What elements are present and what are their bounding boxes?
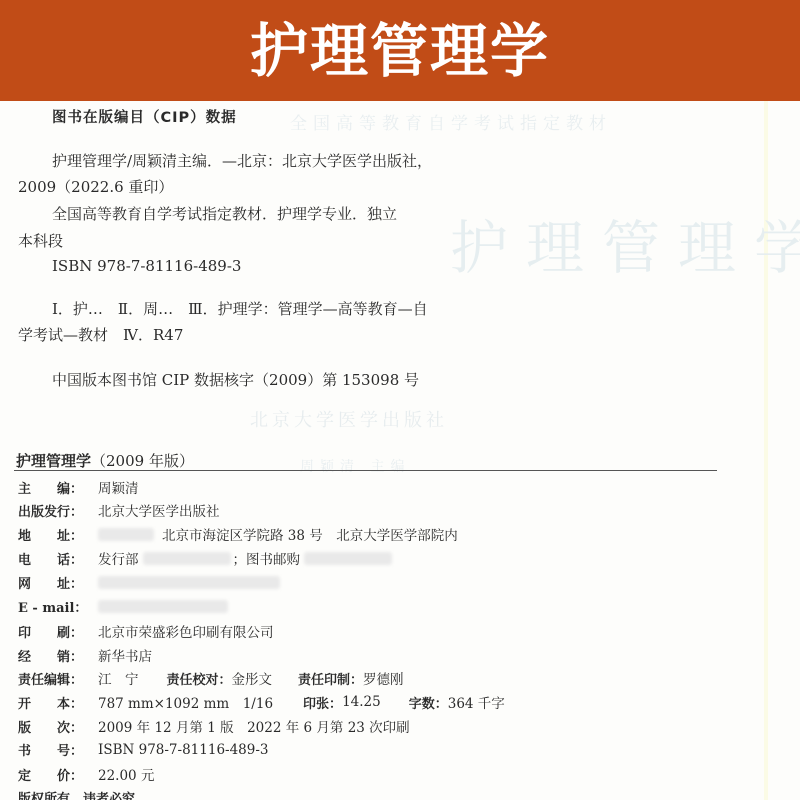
label-word-count: 字数：	[409, 693, 448, 712]
label-phone: 电 话：	[18, 549, 98, 568]
copyright-page: 全国高等教育自学考试指定教材 护理管理学 北京大学医学出版社 周颖清 主编 图书…	[0, 101, 800, 800]
cip-line: 全国高等教育自学考试指定教材．护理学专业．独立	[52, 203, 397, 224]
row-publisher: 出版发行： 北京大学医学出版社	[18, 500, 220, 520]
row-format: 开 本： 787 mm×1092 mm 1/16 印张： 14.25 字数： 3…	[18, 692, 505, 712]
value-distributor: 新华书店	[98, 645, 152, 665]
label-editor: 主 编：	[18, 478, 98, 497]
show-through-text-title: 护理管理学	[450, 201, 800, 285]
page-edge-strip	[764, 101, 768, 800]
redacted-website	[98, 576, 280, 589]
label-responsible-editor: 责任编辑：	[18, 669, 98, 688]
title-banner: 护理管理学	[0, 0, 800, 101]
row-isbn: 书 号： ISBN 978-7-81116-489-3	[18, 740, 269, 759]
value-address: 北京市海淀区学院路 38 号 北京大学医学部院内	[162, 524, 458, 544]
row-phone: 电 话： 发行部 ；图书邮购	[18, 548, 392, 568]
label-publisher: 出版发行：	[18, 501, 98, 520]
value-responsible-editor: 江 宁	[98, 668, 139, 688]
value-editor: 周颖清	[98, 477, 139, 497]
book-title: 护理管理学	[250, 22, 550, 80]
label-website: 网 址：	[18, 573, 98, 592]
row-price: 定 价： 22.00 元	[18, 764, 154, 784]
row-editor: 主 编： 周颖清	[18, 477, 139, 497]
phone-mail-order: ；图书邮购	[233, 548, 301, 568]
label-format: 开 本：	[18, 693, 98, 712]
edition-title-main: 护理管理学	[16, 452, 91, 470]
cip-line: 学考试—教材 Ⅳ．R47	[18, 324, 183, 345]
redacted-email	[98, 600, 228, 613]
label-printer: 印 刷：	[18, 622, 98, 641]
cip-line: 2009（2022.6 重印）	[18, 176, 173, 197]
value-print-sheets: 14.25	[342, 694, 381, 710]
show-through-text-editor: 周颖清 主编	[300, 456, 410, 476]
cip-isbn: ISBN 978-7-81116-489-3	[52, 257, 241, 275]
row-printer: 印 刷： 北京市荣盛彩色印刷有限公司	[18, 621, 274, 641]
cip-line: 护理管理学/周颖清主编．—北京：北京大学医学出版社，	[52, 150, 432, 171]
copyright-notice: 版权所有，违者必究	[18, 788, 135, 800]
show-through-text-top: 全国高等教育自学考试指定教材	[290, 109, 612, 134]
value-format: 787 mm×1092 mm 1/16	[98, 692, 273, 712]
value-edition: 2009 年 12 月第 1 版 2022 年 6 月第 23 次印刷	[98, 716, 410, 736]
label-address: 地 址：	[18, 525, 98, 544]
row-copyright: 版权所有，违者必究	[18, 788, 135, 800]
cip-record-number: 中国版本图书馆 CIP 数据核字（2009）第 153098 号	[52, 369, 419, 390]
label-print-supervisor: 责任印制：	[298, 669, 363, 688]
label-proofreader: 责任校对：	[167, 669, 232, 688]
row-website: 网 址：	[18, 573, 280, 592]
label-distributor: 经 销：	[18, 646, 98, 665]
value-price: 22.00 元	[98, 764, 154, 784]
row-staff: 责任编辑： 江 宁 责任校对： 金彤文 责任印制： 罗德刚	[18, 668, 404, 688]
row-address: 地 址： 北京市海淀区学院路 38 号 北京大学医学部院内	[18, 524, 458, 544]
label-email: E - mail：	[18, 597, 98, 616]
divider-rule	[14, 470, 717, 471]
redacted-postcode	[98, 528, 154, 541]
cip-heading: 图书在版编目（CIP）数据	[52, 106, 237, 127]
value-proofreader: 金彤文	[232, 668, 273, 688]
edition-title-year: （2009 年版）	[91, 452, 194, 470]
row-distributor: 经 销： 新华书店	[18, 645, 152, 665]
label-isbn: 书 号：	[18, 740, 98, 759]
edition-title: 护理管理学（2009 年版）	[16, 450, 194, 471]
phone-sales-dept: 发行部	[98, 548, 139, 568]
label-edition: 版 次：	[18, 717, 98, 736]
cip-line: 本科段	[18, 230, 63, 251]
cip-line: Ⅰ．护… Ⅱ．周… Ⅲ．护理学：管理学—高等教育—自	[52, 298, 428, 319]
value-print-supervisor: 罗德刚	[363, 668, 404, 688]
show-through-text-publisher: 北京大学医学出版社	[250, 406, 448, 432]
redacted-phone-sales	[143, 552, 231, 565]
row-edition: 版 次： 2009 年 12 月第 1 版 2022 年 6 月第 23 次印刷	[18, 716, 410, 736]
value-printer: 北京市荣盛彩色印刷有限公司	[98, 621, 274, 641]
redacted-phone-mailorder	[304, 552, 392, 565]
row-email: E - mail：	[18, 597, 228, 616]
value-word-count: 364 千字	[448, 692, 505, 712]
label-price: 定 价：	[18, 765, 98, 784]
label-print-sheets: 印张：	[303, 693, 342, 712]
value-publisher: 北京大学医学出版社	[98, 500, 220, 520]
value-isbn: ISBN 978-7-81116-489-3	[98, 742, 269, 758]
